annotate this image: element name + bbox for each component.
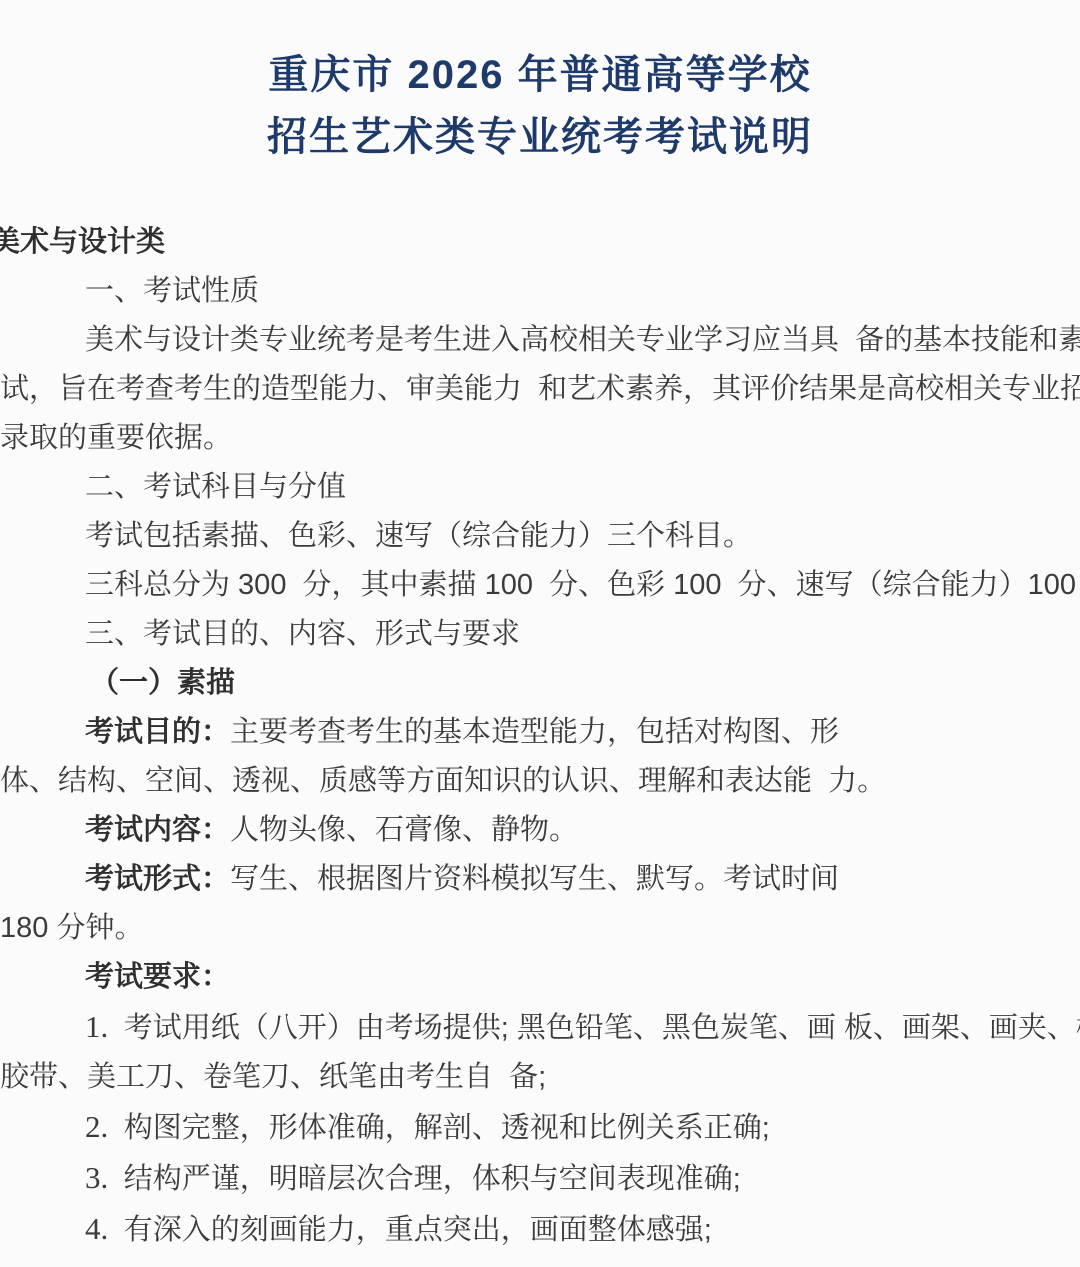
text-run: 二、考试科目与分值 bbox=[85, 471, 346, 503]
text-run: 体、结构、空间、透视、质感等方面知识的认识、理解和表达能 力。 bbox=[0, 765, 886, 797]
document-title: 重庆市 2026 年普通高等学校 招生艺术类专业统考考试说明 bbox=[0, 0, 1080, 168]
paragraph-line: 三科总分为 300 分，其中素描 100 分、色彩 100 分、速写（综合能力）… bbox=[0, 561, 1080, 610]
text-run: 人物头像、石膏像、静物。 bbox=[230, 814, 578, 846]
text-run: 美术与设计类 bbox=[0, 226, 165, 258]
paragraph-line: 考试形式：写生、根据图片资料模拟写生、默写。考试时间 bbox=[0, 855, 1080, 904]
paragraph-line: 体、结构、空间、透视、质感等方面知识的认识、理解和表达能 力。 bbox=[0, 757, 1080, 806]
text-run: 考试包括素描、色彩、速写（综合能力）三个科目。 bbox=[85, 520, 752, 552]
paragraph-line: 录取的重要依据。 bbox=[0, 414, 1080, 463]
category-heading: 美术与设计类 bbox=[0, 218, 1080, 267]
document-page: 重庆市 2026 年普通高等学校 招生艺术类专业统考考试说明 美术与设计类一、考… bbox=[0, 0, 1080, 1267]
text-run: 构图完整，形体准确，解剖、透视和比例关系正确; bbox=[124, 1112, 770, 1144]
section-1-heading: 一、考试性质 bbox=[0, 267, 1080, 316]
list-item-line: 2. 构图完整，形体准确，解剖、透视和比例关系正确; bbox=[0, 1102, 1080, 1153]
text-run: 胶带、美工刀、卷笔刀、纸笔由考生自 备; bbox=[0, 1061, 546, 1093]
text-run: 3. bbox=[85, 1160, 124, 1195]
text-run: 三、考试目的、内容、形式与要求 bbox=[85, 618, 520, 650]
list-item-line: 4. 有深入的刻画能力，重点突出，画面整体感强; bbox=[0, 1204, 1080, 1255]
text-run: 一、考试性质 bbox=[85, 275, 259, 307]
text-run: 1. bbox=[85, 1009, 124, 1044]
document-title-line2: 招生艺术类专业统考考试说明 bbox=[0, 106, 1080, 168]
paragraph-line: 考试要求： bbox=[0, 953, 1080, 1002]
text-run: 主要考查考生的基本造型能力，包括对构图、形 bbox=[230, 716, 839, 748]
text-run: 写生、根据图片资料模拟写生、默写。考试时间 bbox=[230, 863, 839, 895]
list-item-line: 胶带、美工刀、卷笔刀、纸笔由考生自 备; bbox=[0, 1053, 1080, 1102]
document-body: 美术与设计类一、考试性质美术与设计类专业统考是考生进入高校相关专业学习应当具 备… bbox=[0, 218, 1080, 1255]
paragraph-line: 试，旨在考查考生的造型能力、审美能力 和艺术素养，其评价结果是高校相关专业招生 bbox=[0, 365, 1080, 414]
section-2-heading: 二、考试科目与分值 bbox=[0, 463, 1080, 512]
subsection-heading: （一）素描 bbox=[0, 659, 1080, 708]
document-title-line1: 重庆市 2026 年普通高等学校 bbox=[0, 44, 1080, 106]
text-run: （一）素描 bbox=[90, 667, 235, 699]
text-run: 三科总分为 300 分，其中素描 100 分、色彩 100 分、速写（综合能力）… bbox=[85, 569, 1080, 601]
text-run: 有深入的刻画能力，重点突出，画面整体感强; bbox=[124, 1214, 712, 1246]
text-run: 4. bbox=[85, 1211, 124, 1246]
section-3-heading: 三、考试目的、内容、形式与要求 bbox=[0, 610, 1080, 659]
text-run: 考试形式： bbox=[85, 863, 230, 895]
text-run: 考试用纸（八开）由考场提供; 黑色铅笔、黑色炭笔、画 板、画架、画夹、橡皮、 bbox=[124, 1012, 1080, 1044]
text-run: 试，旨在考查考生的造型能力、审美能力 和艺术素养，其评价结果是高校相关专业招生 bbox=[0, 373, 1080, 405]
text-run: 结构严谨，明暗层次合理，体积与空间表现准确; bbox=[124, 1163, 741, 1195]
paragraph-line: 考试内容：人物头像、石膏像、静物。 bbox=[0, 806, 1080, 855]
text-run: 2. bbox=[85, 1109, 124, 1144]
text-run: 180 分钟。 bbox=[0, 912, 143, 944]
paragraph-line: 180 分钟。 bbox=[0, 904, 1080, 953]
list-item-line: 3. 结构严谨，明暗层次合理，体积与空间表现准确; bbox=[0, 1153, 1080, 1204]
text-run: 美术与设计类专业统考是考生进入高校相关专业学习应当具 备的基本技能和素质测 bbox=[85, 324, 1080, 356]
paragraph-line: 考试包括素描、色彩、速写（综合能力）三个科目。 bbox=[0, 512, 1080, 561]
paragraph-line: 美术与设计类专业统考是考生进入高校相关专业学习应当具 备的基本技能和素质测 bbox=[0, 316, 1080, 365]
text-run: 录取的重要依据。 bbox=[0, 422, 232, 454]
list-item-line: 1. 考试用纸（八开）由考场提供; 黑色铅笔、黑色炭笔、画 板、画架、画夹、橡皮… bbox=[0, 1002, 1080, 1053]
text-run: 考试内容： bbox=[85, 814, 230, 846]
text-run: 考试要求： bbox=[85, 961, 230, 993]
paragraph-line: 考试目的：主要考查考生的基本造型能力，包括对构图、形 bbox=[0, 708, 1080, 757]
text-run: 考试目的： bbox=[85, 716, 230, 748]
